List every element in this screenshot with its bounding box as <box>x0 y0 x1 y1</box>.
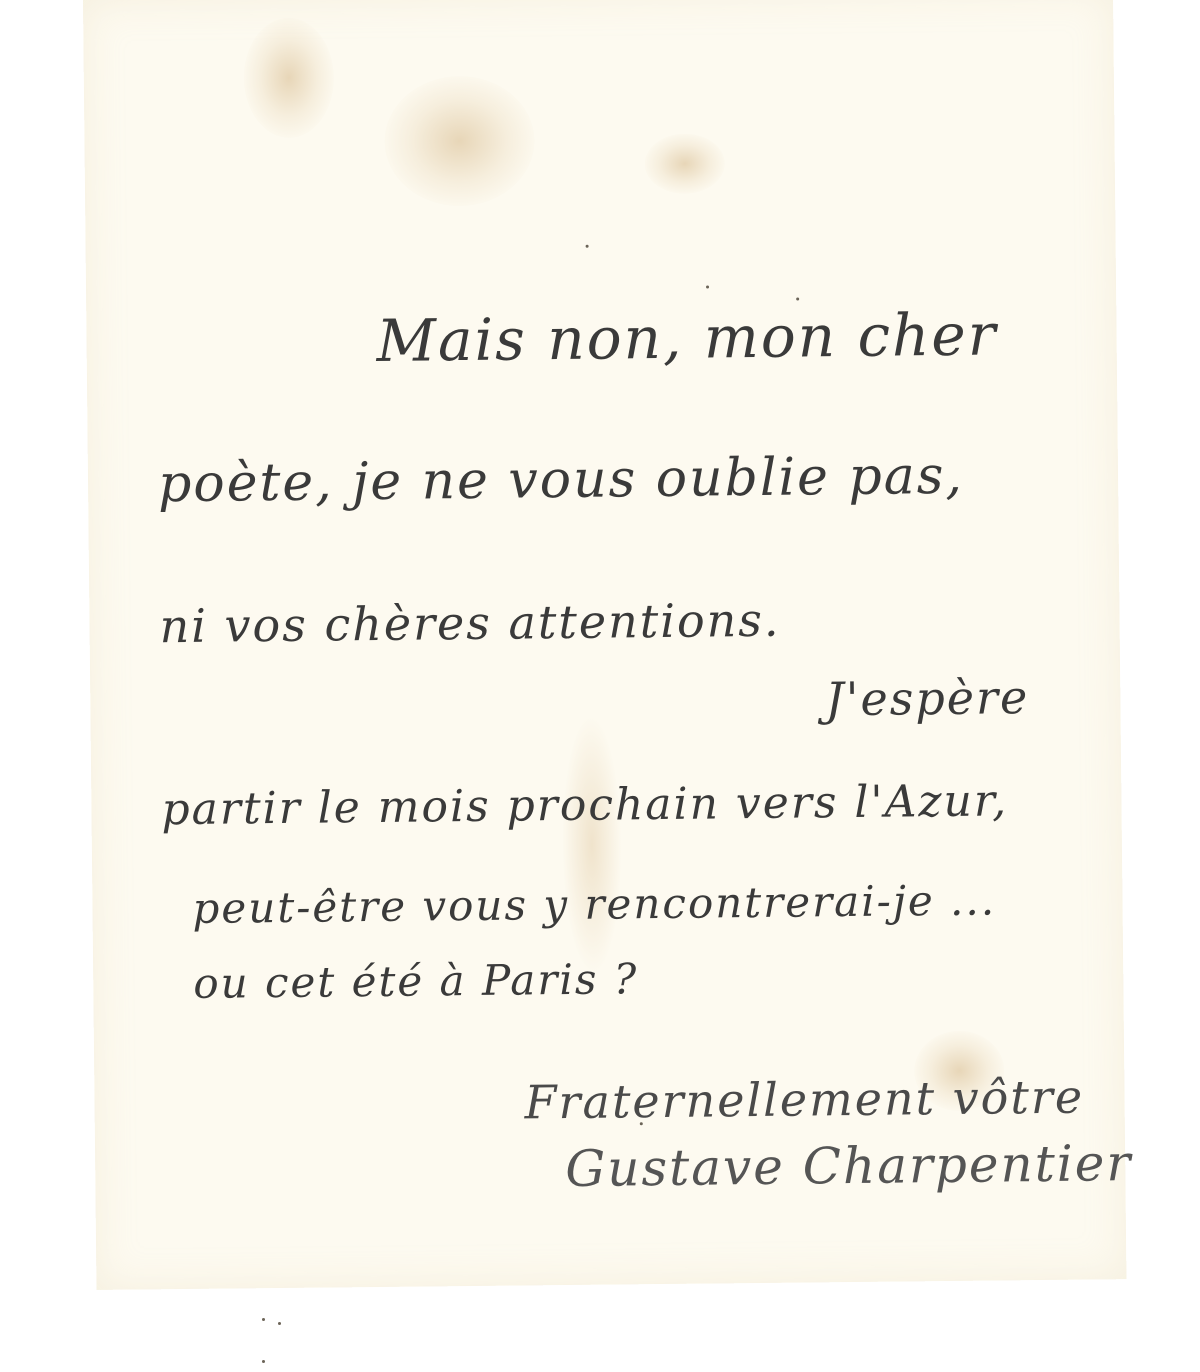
foxing-stain <box>243 17 334 138</box>
letter-line-5: partir le mois prochain vers l'Azur, <box>161 775 1008 835</box>
letter-signature: Gustave Charpentier <box>565 1134 1133 1198</box>
letter-line-6: peut-être vous y rencontrerai-je ... <box>192 875 996 932</box>
foxing-stain <box>644 133 725 194</box>
letter-closing: Fraternellement vôtre <box>524 1070 1084 1130</box>
fold-stain <box>561 714 624 975</box>
ink-speck <box>796 298 799 301</box>
scan-speck <box>262 1318 265 1321</box>
ink-speck <box>706 285 709 288</box>
scan-speck <box>278 1322 281 1325</box>
letter-line-4: J'espère <box>825 670 1029 726</box>
letter-paper: Mais non, mon cher poète, je ne vous oub… <box>83 0 1126 1290</box>
letter-line-3: ni vos chères attentions. <box>159 593 780 653</box>
ink-speck <box>586 245 589 248</box>
letter-line-7: ou cet été à Paris ? <box>193 954 638 1008</box>
letter-line-1: Mais non, mon cher <box>376 300 998 374</box>
letter-line-2: poète, je ne vous oublie pas, <box>158 446 964 514</box>
foxing-stain <box>384 75 535 207</box>
scan-speck <box>262 1360 265 1363</box>
